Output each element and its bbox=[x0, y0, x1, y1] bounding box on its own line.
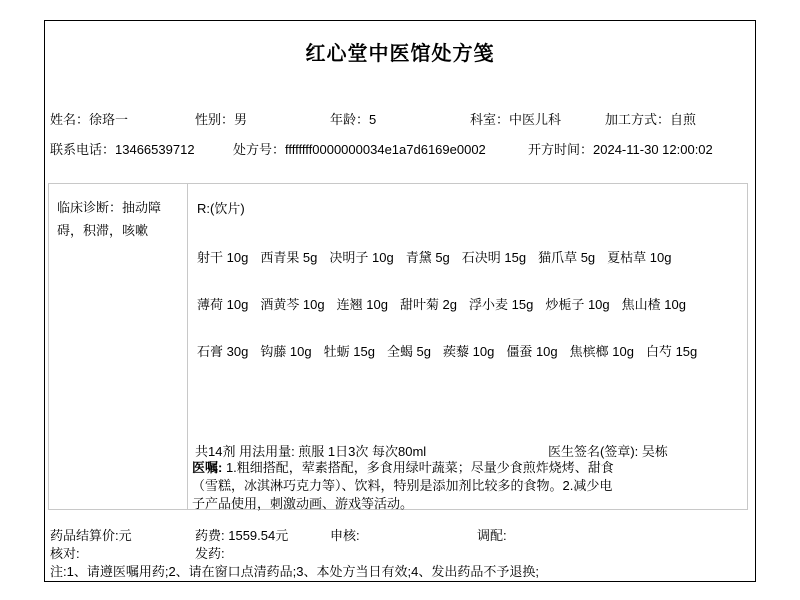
drug-item: 酒黄芩 10g bbox=[260, 297, 324, 312]
drug-item: 僵蚕 10g bbox=[506, 344, 557, 359]
processing-method-value: 自煎 bbox=[670, 112, 696, 127]
patient-name-label: 姓名： bbox=[50, 112, 89, 127]
drug-item: 焦槟榔 10g bbox=[570, 344, 634, 359]
phone-label: 联系电话： bbox=[50, 142, 115, 157]
drug-item: 西青果 5g bbox=[260, 250, 317, 265]
phone-field: 联系电话：13466539712 bbox=[50, 139, 195, 158]
rx-number-label: 处方号： bbox=[233, 142, 285, 157]
processing-method-label: 加工方式： bbox=[605, 112, 670, 127]
rx-number-field: 处方号：ffffffff0000000034e1a7d6169e0002 bbox=[233, 139, 486, 158]
settlement-price-label: 药品结算价: bbox=[50, 528, 119, 543]
drug-item: 牡蛎 15g bbox=[324, 344, 375, 359]
patient-gender-value: 男 bbox=[234, 112, 247, 127]
review-field: 申核: bbox=[330, 525, 360, 544]
settlement-price-field: 药品结算价:元 bbox=[50, 525, 132, 544]
prescription-sheet: 红心堂中医馆处方笺 姓名：徐珞一 性别：男 年龄：5 科室：中医儿科 加工方式：… bbox=[44, 20, 756, 582]
drug-item: 全蝎 5g bbox=[387, 344, 431, 359]
doctor-signature-name: 吴栋 bbox=[642, 444, 668, 459]
drug-item: 炒栀子 10g bbox=[545, 297, 609, 312]
drug-item: 石膏 30g bbox=[197, 344, 248, 359]
processing-method-field: 加工方式：自煎 bbox=[605, 109, 696, 128]
department-field: 科室：中医儿科 bbox=[470, 109, 561, 128]
doctor-signature: 医生签名(签章): 吴栋 bbox=[548, 441, 668, 460]
drug-line-3: 石膏 30g钩藤 10g牡蛎 15g全蝎 5g蒺藜 10g僵蚕 10g焦槟榔 1… bbox=[197, 341, 709, 360]
patient-age-label: 年龄： bbox=[330, 112, 369, 127]
medicine-fee-field: 药费: 1559.54元 bbox=[195, 525, 288, 544]
patient-name-value: 徐珞一 bbox=[89, 112, 128, 127]
usage-summary: 共14剂 用法用量: 煎服 1日3次 每次80ml bbox=[195, 441, 426, 460]
issue-field: 发药: bbox=[195, 543, 225, 562]
issue-time-value: 2024-11-30 12:00:02 bbox=[593, 142, 713, 157]
drug-item: 白芍 15g bbox=[646, 344, 697, 359]
drug-item: 青黛 5g bbox=[406, 250, 450, 265]
patient-gender-label: 性别： bbox=[195, 112, 234, 127]
drug-item: 夏枯草 10g bbox=[607, 250, 671, 265]
rx-header: R:(饮片) bbox=[197, 198, 245, 217]
drug-item: 浮小麦 15g bbox=[469, 297, 533, 312]
issue-time-field: 开方时间：2024-11-30 12:00:02 bbox=[528, 139, 713, 158]
doctor-advice-text: 1.粗细搭配，荤素搭配，多食用绿叶蔬菜；尽量少食煎炸烧烤、甜食（雪糕，冰淇淋巧克… bbox=[192, 460, 614, 511]
doctor-advice: 医嘱: 1.粗细搭配，荤素搭配，多食用绿叶蔬菜；尽量少食煎炸烧烤、甜食（雪糕，冰… bbox=[192, 459, 616, 513]
doctor-advice-label: 医嘱: bbox=[192, 460, 222, 475]
phone-value: 13466539712 bbox=[115, 142, 195, 157]
diagnosis-column: 临床诊断：抽动障碍，积滞，咳嗽 bbox=[49, 184, 188, 509]
doctor-signature-label: 医生签名(签章): bbox=[548, 444, 642, 459]
drug-line-1: 射干 10g西青果 5g决明子 10g青黛 5g石决明 15g猫爪草 5g夏枯草… bbox=[197, 247, 683, 266]
patient-name-field: 姓名：徐珞一 bbox=[50, 109, 128, 128]
patient-age-field: 年龄：5 bbox=[330, 109, 376, 128]
department-value: 中医儿科 bbox=[509, 112, 561, 127]
drug-item: 决明子 10g bbox=[329, 250, 393, 265]
medicine-fee-value: 1559.54元 bbox=[228, 528, 288, 543]
dispense-field: 调配: bbox=[477, 525, 507, 544]
rx-number-value: ffffffff0000000034e1a7d6169e0002 bbox=[285, 142, 486, 157]
patient-age-value: 5 bbox=[369, 112, 376, 127]
drug-item: 焦山楂 10g bbox=[622, 297, 686, 312]
drug-item: 石决明 15g bbox=[462, 250, 526, 265]
prescription-body-box: 临床诊断：抽动障碍，积滞，咳嗽 R:(饮片) 射干 10g西青果 5g决明子 1… bbox=[48, 183, 748, 510]
drug-item: 蒺藜 10g bbox=[443, 344, 494, 359]
prescription-column: R:(饮片) 射干 10g西青果 5g决明子 10g青黛 5g石决明 15g猫爪… bbox=[188, 184, 748, 509]
drug-item: 薄荷 10g bbox=[197, 297, 248, 312]
medicine-fee-label: 药费: bbox=[195, 528, 228, 543]
department-label: 科室： bbox=[470, 112, 509, 127]
drug-item: 钩藤 10g bbox=[260, 344, 311, 359]
drug-line-2: 薄荷 10g酒黄芩 10g连翘 10g甜叶菊 2g浮小麦 15g炒栀子 10g焦… bbox=[197, 294, 698, 313]
settlement-price-value: 元 bbox=[119, 528, 132, 543]
drug-item: 连翘 10g bbox=[337, 297, 388, 312]
issue-time-label: 开方时间： bbox=[528, 142, 593, 157]
clinical-diagnosis: 临床诊断：抽动障碍，积滞，咳嗽 bbox=[49, 184, 187, 254]
page-title: 红心堂中医馆处方笺 bbox=[45, 37, 755, 66]
drug-item: 甜叶菊 2g bbox=[400, 297, 457, 312]
drug-item: 射干 10g bbox=[197, 250, 248, 265]
check-field: 核对: bbox=[50, 543, 80, 562]
footer-note: 注:1、请遵医嘱用药;2、请在窗口点清药品;3、本处方当日有效;4、发出药品不予… bbox=[50, 561, 539, 580]
diagnosis-label: 临床诊断： bbox=[57, 200, 122, 215]
drug-item: 猫爪草 5g bbox=[538, 250, 595, 265]
patient-gender-field: 性别：男 bbox=[195, 109, 247, 128]
